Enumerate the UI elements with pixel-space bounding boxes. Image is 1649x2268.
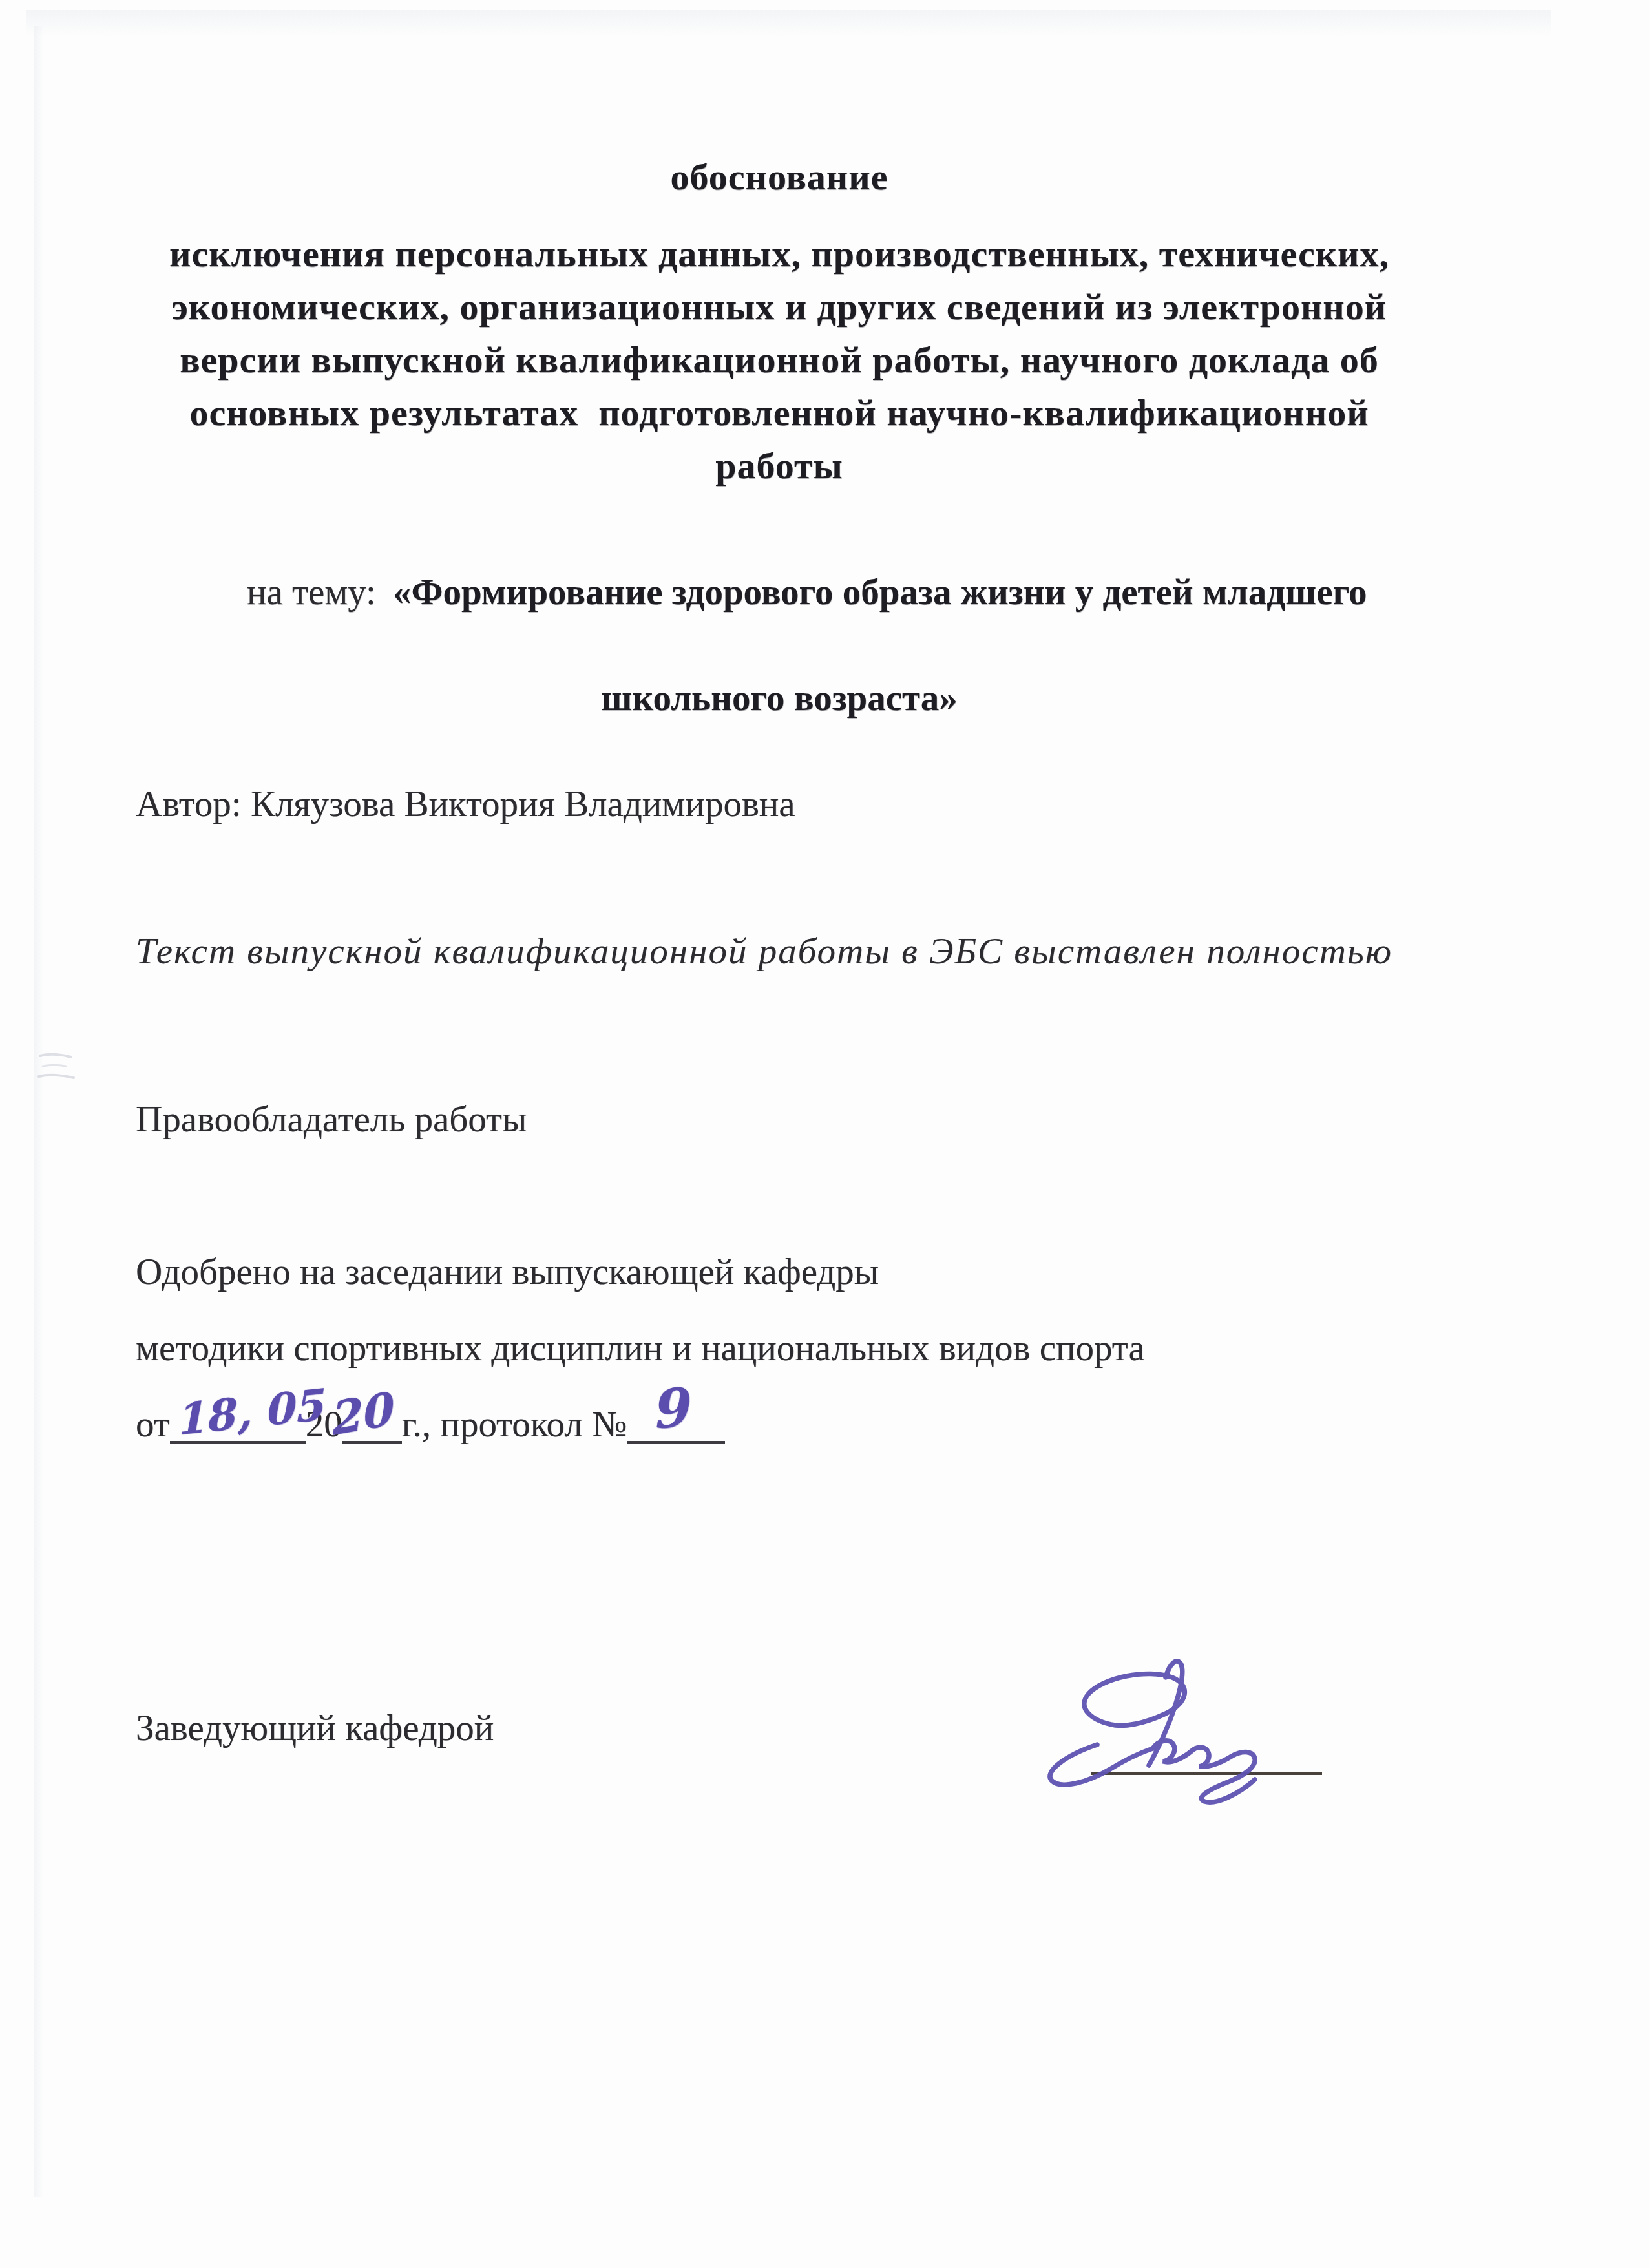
ebs-statement: Текст выпускной квалификационной работы … [136, 930, 1423, 972]
document-title: обоснование [136, 155, 1423, 198]
signature-ink [1033, 1649, 1317, 1811]
scan-noise-top [26, 10, 1551, 36]
author-line: Автор: Кляузова Виктория Владимировна [136, 783, 1423, 825]
approval-line-2: методики спортивных дисциплин и национал… [136, 1327, 1423, 1369]
theme-block: на тему:«Формирование здорового образа ж… [136, 513, 1423, 725]
approval-date-line: от20г., протокол № [136, 1403, 1423, 1445]
handwritten-protocol-number: 9 [655, 1376, 693, 1441]
subject-line: экономических, организационных и других … [136, 280, 1423, 333]
date-suffix-label: г., протокол № [402, 1404, 627, 1445]
scan-smudge [34, 1047, 79, 1086]
approval-line-1: Одобрено на заседании выпускающей кафедр… [136, 1251, 1423, 1293]
handwritten-year: 20 [331, 1381, 395, 1446]
date-prefix-label: от [136, 1404, 170, 1445]
subject-line: основных результатах подготовленной науч… [136, 386, 1423, 439]
scan-edge-left [34, 26, 44, 2197]
subject-line: версии выпускной квалификационной работы… [136, 333, 1423, 386]
theme-title-line-1: «Формирование здорового образа жизни у д… [393, 572, 1367, 613]
scanned-document-page: обоснование исключения персональных данн… [0, 0, 1649, 2268]
theme-prefix-label: на тему: [247, 572, 376, 613]
rights-holder-label: Правообладатель работы [136, 1098, 1423, 1140]
subject-paragraph: исключения персональных данных, производ… [136, 227, 1423, 492]
subject-line: работы [136, 439, 1423, 492]
theme-title-line-2: школьного возраста» [136, 672, 1423, 725]
subject-line: исключения персональных данных, производ… [136, 227, 1423, 280]
